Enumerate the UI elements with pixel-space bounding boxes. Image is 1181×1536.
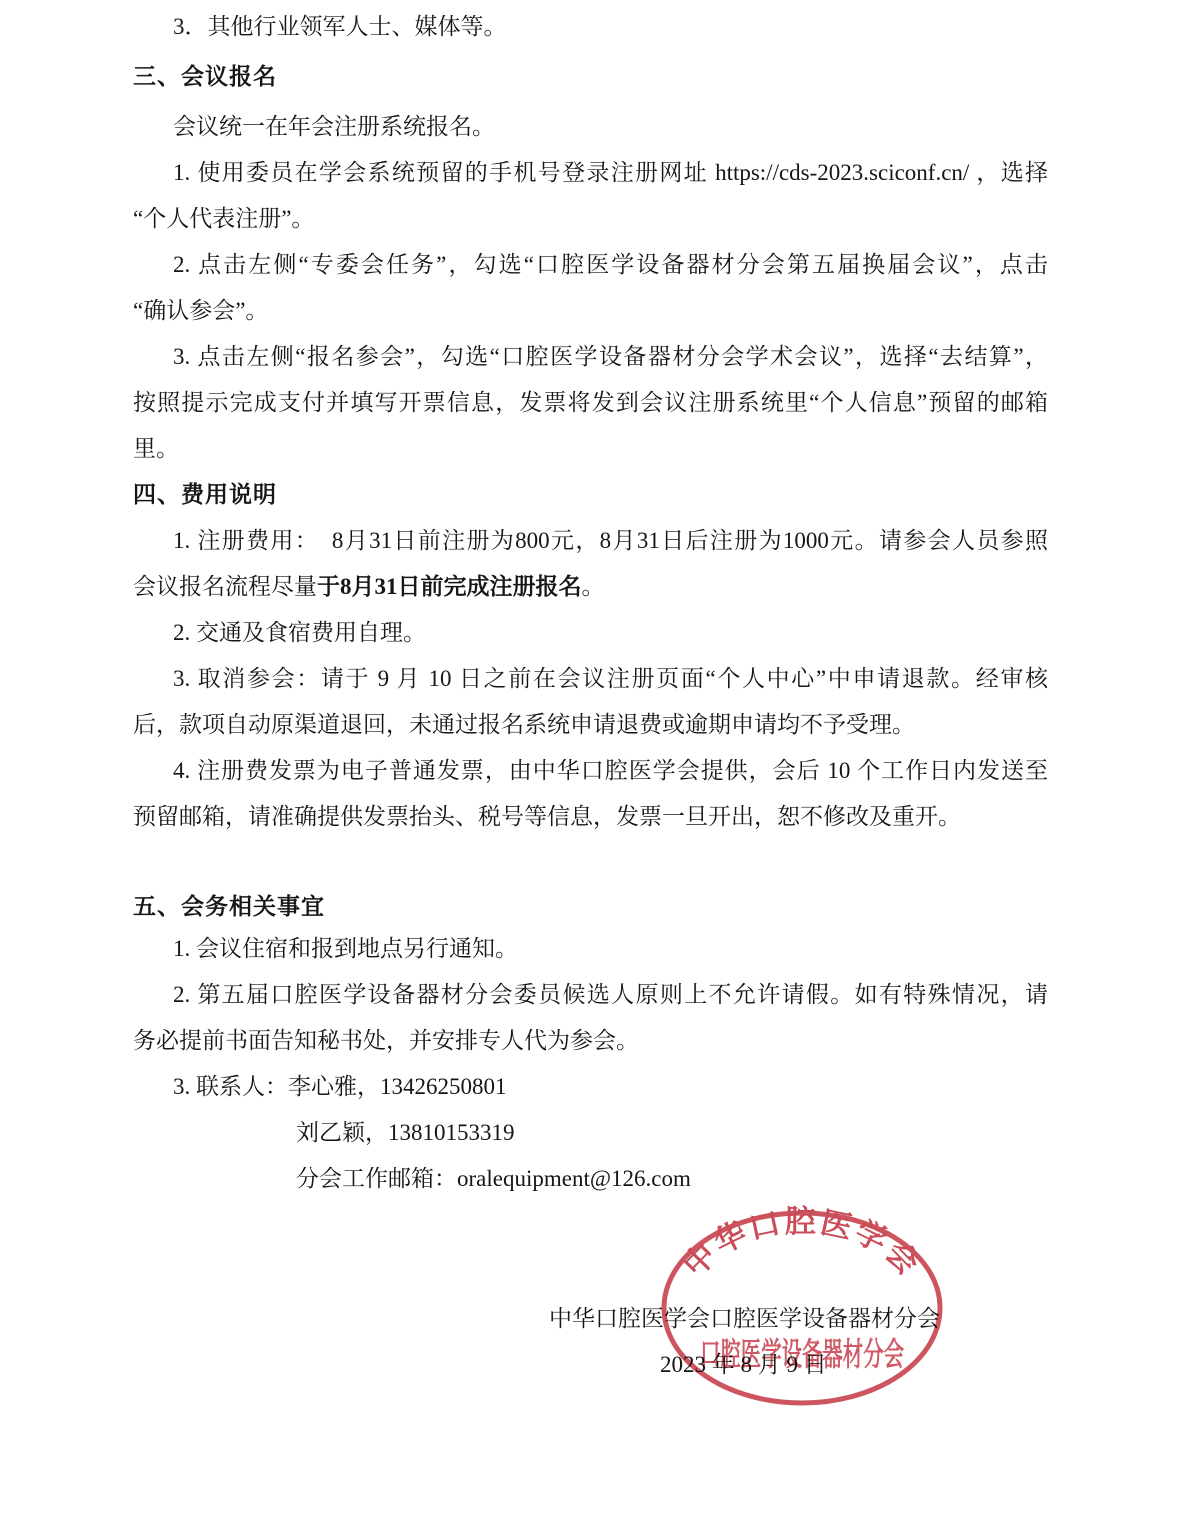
contact-line: 刘乙颖，13810153319	[296, 1120, 515, 1145]
text-line: 3．其他行业领军人士、媒体等。	[133, 4, 1048, 50]
text-run: ，选择	[969, 160, 1048, 185]
text-run: 会议报名流程尽量	[133, 574, 317, 599]
contact-line: 3. 联系人：李心雅，13426250801	[173, 1074, 507, 1099]
text-run: “个人代表注册”。	[133, 206, 314, 231]
text-run: “确认参会”。	[133, 298, 268, 323]
text-line: 1. 注册费用： 8月31日前注册为800元，8月31日后注册为1000元。请参…	[133, 518, 1048, 564]
text-line: 务必提前书面告知秘书处，并安排专人代为参会。	[133, 1018, 1048, 1064]
text-line: 2. 点击左侧“专委会任务”，勾选“口腔医学设备器材分会第五届换届会议”，点击	[133, 242, 1048, 288]
text-run: 3. 点击左侧“报名参会”，勾选“口腔医学设备器材分会学术会议”，选择“去结算”…	[173, 344, 1048, 369]
document-body: 3．其他行业领军人士、媒体等。三、会议报名会议统一在年会注册系统报名。1. 使用…	[0, 0, 1181, 1388]
text-run: 3. 取消参会：请于 9 月 10 日之前在会议注册页面“个人中心”中申请退款。…	[173, 666, 1048, 691]
notice-document-page: 3．其他行业领军人士、媒体等。三、会议报名会议统一在年会注册系统报名。1. 使用…	[0, 0, 1181, 1536]
text-run: 会议统一在年会注册系统报名。	[173, 114, 495, 139]
section-heading: 四、费用说明	[133, 472, 1048, 518]
signature-org: 中华口腔医学会口腔医学设备器材分会	[549, 1306, 940, 1331]
text-line: 3. 点击左侧“报名参会”，勾选“口腔医学设备器材分会学术会议”，选择“去结算”…	[133, 334, 1048, 380]
text-run: 四、费用说明	[133, 482, 277, 507]
text-line: 预留邮箱，请准确提供发票抬头、税号等信息，发票一旦开出，恕不修改及重开。	[133, 794, 1048, 840]
text-run: 按照提示完成支付并填写开票信息，发票将发到会议注册系统里“个人信息”预留的邮箱	[133, 390, 1048, 415]
text-line: 2. 交通及食宿费用自理。	[133, 610, 1048, 656]
text-run: 里。	[133, 436, 179, 461]
text-line: 1. 使用委员在学会系统预留的手机号登录注册网址 https://cds-202…	[133, 150, 1048, 196]
text-line: 刘乙颖，13810153319	[133, 1110, 1048, 1156]
text-line: 后，款项自动原渠道退回，未通过报名系统申请退费或逾期申请均不予受理。	[133, 702, 1048, 748]
text-line: “个人代表注册”。	[133, 196, 1048, 242]
signature-date: 2023 年 8 月 9 日	[660, 1352, 827, 1377]
text-run: 2. 第五届口腔医学设备器材分会委员候选人原则上不允许请假。如有特殊情况，请	[173, 982, 1048, 1007]
text-run: 后，款项自动原渠道退回，未通过报名系统申请退费或逾期申请均不予受理。	[133, 712, 915, 737]
text-line: 会议统一在年会注册系统报名。	[133, 104, 1048, 150]
registration-url[interactable]: https://cds-2023.sciconf.cn/	[715, 160, 969, 185]
text-run: 4. 注册费发票为电子普通发票，由中华口腔医学会提供，会后 10 个工作日内发送…	[173, 758, 1048, 783]
text-line: 4. 注册费发票为电子普通发票，由中华口腔医学会提供，会后 10 个工作日内发送…	[133, 748, 1048, 794]
text-line: 分会工作邮箱：oralequipment@126.com	[133, 1156, 1048, 1202]
text-line: 会议报名流程尽量于8月31日前完成注册报名。	[133, 564, 1048, 610]
text-line: 3. 联系人：李心雅，13426250801	[133, 1064, 1048, 1110]
text-run: 。	[582, 574, 605, 599]
text-run: 1. 会议住宿和报到地点另行通知。	[173, 936, 518, 961]
text-line: 1. 会议住宿和报到地点另行通知。	[133, 926, 1048, 972]
text-run: 务必提前书面告知秘书处，并安排专人代为参会。	[133, 1028, 639, 1053]
text-line: 里。	[133, 426, 1048, 472]
text-run: 2. 交通及食宿费用自理。	[173, 620, 426, 645]
text-run: 预留邮箱，请准确提供发票抬头、税号等信息，发票一旦开出，恕不修改及重开。	[133, 804, 961, 829]
text-line: 中华口腔医学会口腔医学设备器材分会	[133, 1296, 1048, 1342]
text-line: 按照提示完成支付并填写开票信息，发票将发到会议注册系统里“个人信息”预留的邮箱	[133, 380, 1048, 426]
text-run: 1. 注册费用： 8月31日前注册为800元，8月31日后注册为1000元。请参…	[173, 528, 1048, 553]
text-run: 分会工作邮箱：	[296, 1166, 457, 1191]
text-run: 2. 点击左侧“专委会任务”，勾选“口腔医学设备器材分会第五届换届会议”，点击	[173, 252, 1048, 277]
text-run: 3．其他行业领军人士、媒体等。	[173, 14, 507, 39]
text-run: 五、会务相关事宜	[133, 894, 325, 919]
text-line: 2. 第五届口腔医学设备器材分会委员候选人原则上不允许请假。如有特殊情况，请	[133, 972, 1048, 1018]
section-heading: 五、会务相关事宜	[133, 884, 1048, 930]
text-line: “确认参会”。	[133, 288, 1048, 334]
work-email[interactable]: oralequipment@126.com	[457, 1166, 691, 1191]
text-run: 1. 使用委员在学会系统预留的手机号登录注册网址	[173, 160, 715, 185]
text-run: 三、会议报名	[133, 64, 277, 89]
text-run: 于8月31日前完成注册报名	[317, 574, 582, 599]
text-line: 3. 取消参会：请于 9 月 10 日之前在会议注册页面“个人中心”中申请退款。…	[133, 656, 1048, 702]
section-heading: 三、会议报名	[133, 54, 1048, 100]
text-line: 2023 年 8 月 9 日	[133, 1342, 1048, 1388]
